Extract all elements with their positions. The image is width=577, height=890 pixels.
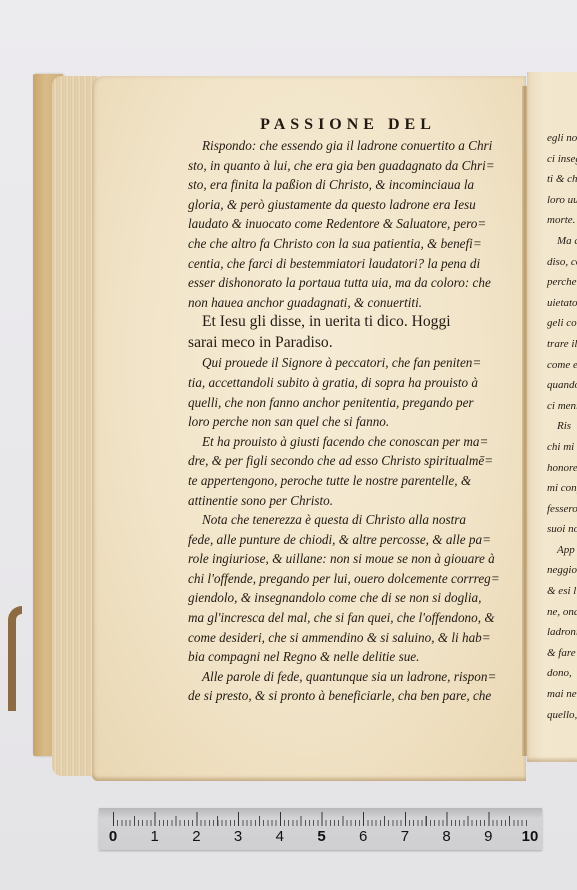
text-line: mi conf bbox=[547, 478, 577, 499]
ruler-label: 0 bbox=[109, 828, 117, 845]
text-line: diso, con bbox=[547, 252, 577, 273]
text-line: sto, in quanto à lui, che era gia ben gu… bbox=[188, 156, 514, 176]
text-line: & fare bbox=[547, 643, 577, 664]
text-line: fessero n bbox=[547, 499, 577, 520]
text-line: dre, & per figli secondo che ad esso Chr… bbox=[188, 451, 514, 471]
measurement-ruler: 012345678910 bbox=[99, 808, 542, 850]
text-line: de si presto, & si pronto à beneficiarle… bbox=[188, 686, 514, 706]
text-line: & esi l bbox=[547, 581, 577, 602]
text-line: mai ne bbox=[547, 684, 577, 705]
text-line: quello, bbox=[547, 705, 577, 726]
text-line: dono, bbox=[547, 663, 577, 684]
text-line: centia, che farci di bestemmiatori lauda… bbox=[188, 254, 514, 274]
paragraph: Nota che tenerezza è questa di Christo a… bbox=[188, 510, 514, 667]
paragraph: Rispondo: che essendo gia il ladrone con… bbox=[188, 136, 514, 312]
text-line: te appertengono, peroche tutte le nostre… bbox=[188, 471, 514, 491]
ruler-labels: 012345678910 bbox=[99, 828, 542, 848]
text-line: ci meni bbox=[547, 396, 577, 417]
text-line: Ris bbox=[547, 416, 577, 437]
right-page-text-fragment: egli nonci insegnti & cheloro uuolmorte.… bbox=[547, 128, 577, 725]
text-line: Rispondo: che essendo gia il ladrone con… bbox=[188, 136, 514, 156]
paragraph: Alle parole di fede, quantunque sia un l… bbox=[188, 667, 514, 706]
left-page-text: PASSIONE DEL Rispondo: che essendo gia i… bbox=[188, 116, 514, 706]
ruler-label: 5 bbox=[317, 828, 325, 845]
paragraph: Et ha prouisto à giusti facendo che cono… bbox=[188, 432, 514, 510]
text-line: Ma c bbox=[547, 231, 577, 252]
text-line: role ingiuriose, & uillane: non si moue … bbox=[188, 549, 514, 569]
text-line: quelli, che non fanno anchor penitentia,… bbox=[188, 393, 514, 413]
text-line: Et ha prouisto à giusti facendo che cono… bbox=[188, 432, 514, 452]
ruler-label: 8 bbox=[442, 828, 450, 845]
text-line: morte. bbox=[547, 210, 577, 231]
running-head: PASSIONE DEL bbox=[182, 116, 514, 134]
text-line: quando bbox=[547, 375, 577, 396]
text-line: che che altro fa Christo con la sua pati… bbox=[188, 234, 514, 254]
text-line: bia compagni nel Regno & nelle delitie s… bbox=[188, 647, 514, 667]
ruler-label: 6 bbox=[359, 828, 367, 845]
text-line: Alle parole di fede, quantunque sia un l… bbox=[188, 667, 514, 687]
text-line: loro uuol bbox=[547, 190, 577, 211]
text-line: ti & che bbox=[547, 169, 577, 190]
ruler-label: 4 bbox=[276, 828, 284, 845]
text-line: come desideri, che si ammendino & si sal… bbox=[188, 628, 514, 648]
text-line: attinentie sono per Christo. bbox=[188, 491, 514, 511]
paragraph: Et Iesu gli disse, in uerita ti dico. Ho… bbox=[188, 312, 514, 353]
leather-tie-strap bbox=[8, 606, 22, 711]
text-line: chi mi bbox=[547, 437, 577, 458]
text-line: ma gl'incresca del mal, che si fan quei,… bbox=[188, 608, 514, 628]
ruler-label: 9 bbox=[484, 828, 492, 845]
text-line: ne, onde bbox=[547, 602, 577, 623]
text-line: chi l'offende, pregando per lui, ouero d… bbox=[188, 569, 514, 589]
text-line: ladroni bbox=[547, 622, 577, 643]
ruler-label: 2 bbox=[192, 828, 200, 845]
text-line: sto, era finita la paßion di Christo, & … bbox=[188, 175, 514, 195]
text-line: geli con bbox=[547, 313, 577, 334]
text-line: trare il bbox=[547, 334, 577, 355]
text-line: gloria, & però giustamente da questo lad… bbox=[188, 195, 514, 215]
text-line: uietato? bbox=[547, 293, 577, 314]
text-line: laudato & inuocato come Redentore & Salu… bbox=[188, 214, 514, 234]
text-line: suoi non bbox=[547, 519, 577, 540]
ruler-label: 10 bbox=[522, 828, 539, 845]
text-line: fede, alle punture de chiodi, & altre pe… bbox=[188, 530, 514, 550]
text-line: loro perche non san quel che si fanno. bbox=[188, 412, 514, 432]
text-line: Nota che tenerezza è questa di Christo a… bbox=[188, 510, 514, 530]
ruler-label: 3 bbox=[234, 828, 242, 845]
text-line: come es bbox=[547, 355, 577, 376]
text-line: ci insegn bbox=[547, 149, 577, 170]
text-line: tia, accettandoli subito à gratia, di so… bbox=[188, 373, 514, 393]
paragraphs: Rispondo: che essendo gia il ladrone con… bbox=[188, 136, 514, 706]
text-line: perche u bbox=[547, 272, 577, 293]
text-line: Qui prouede il Signore à peccatori, che … bbox=[188, 353, 514, 373]
text-line: Et Iesu gli disse, in uerita ti dico. Ho… bbox=[188, 312, 514, 333]
ruler-ticks bbox=[113, 812, 530, 826]
text-line: neggio, bbox=[547, 560, 577, 581]
text-line: egli non bbox=[547, 128, 577, 149]
text-line: non hauea anchor guadagnati, & conuertit… bbox=[188, 293, 514, 313]
text-line: esser dishonorato la portaua tutta uia, … bbox=[188, 273, 514, 293]
text-line: honore bbox=[547, 458, 577, 479]
paragraph: Qui prouede il Signore à peccatori, che … bbox=[188, 353, 514, 431]
ruler-label: 1 bbox=[151, 828, 159, 845]
text-line: sarai meco in Paradiso. bbox=[188, 333, 514, 354]
text-line: giendolo, & insegnandolo come che di se … bbox=[188, 588, 514, 608]
ruler-label: 7 bbox=[401, 828, 409, 845]
text-line: App bbox=[547, 540, 577, 561]
